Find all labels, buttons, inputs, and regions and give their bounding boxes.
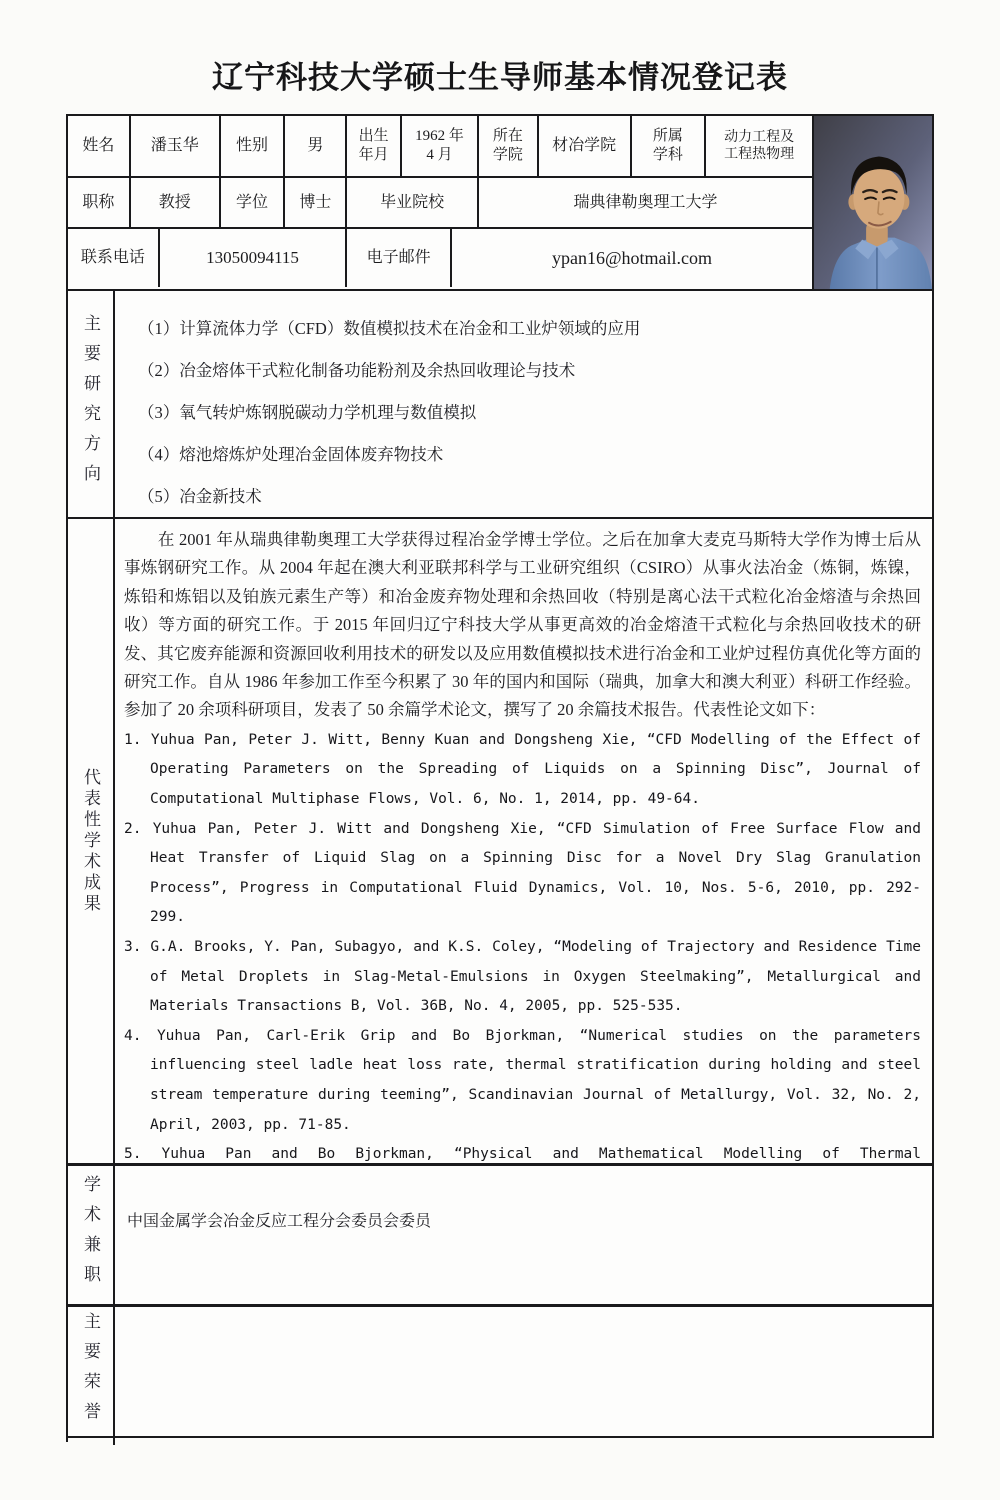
name-label: 姓名 xyxy=(68,116,131,176)
degree-value: 博士 xyxy=(285,178,347,227)
gender-label: 性别 xyxy=(221,116,286,176)
achievements-section-label: 代表性学术成果 xyxy=(68,519,115,1163)
portrait-photo-icon xyxy=(814,116,932,289)
portrait-photo xyxy=(814,116,932,289)
section-memberships: 学术兼职 中国金属学会冶金反应工程分会委员会委员 xyxy=(68,1166,932,1307)
research-item: （2）冶金熔体干式粒化制备功能粉剂及余热回收理论与技术 xyxy=(138,359,920,383)
section-research-directions: 主要研究方向 （1）计算流体力学（CFD）数值模拟技术在冶金和工业炉领域的应用 … xyxy=(68,291,932,519)
page-title: 辽宁科技大学硕士生导师基本情况登记表 xyxy=(66,0,934,97)
college-value: 材冶学院 xyxy=(539,116,632,176)
discipline-label: 所属 学科 xyxy=(632,116,707,176)
memberships-section-content: 中国金属学会冶金反应工程分会委员会委员 xyxy=(115,1166,932,1304)
memberships-section-label: 学术兼职 xyxy=(68,1166,115,1304)
alma-mater-value: 瑞典律勒奥理工大学 xyxy=(479,178,812,227)
research-item: （5）冶金新技术 xyxy=(138,485,920,509)
publication-list: 1. Yuhua Pan, Peter J. Witt, Benny Kuan … xyxy=(124,726,921,1163)
memberships-text: 中国金属学会冶金反应工程分会委员会委员 xyxy=(115,1166,932,1231)
publication-item: 3. G.A. Brooks, Y. Pan, Subagyo, and K.S… xyxy=(124,933,921,1022)
document-page: 辽宁科技大学硕士生导师基本情况登记表 姓名 潘玉华 性别 男 出生 年月 196… xyxy=(0,0,1000,1500)
email-label: 电子邮件 xyxy=(347,229,452,287)
prof-title-label: 职称 xyxy=(68,178,131,227)
table-row: 姓名 潘玉华 性别 男 出生 年月 1962 年 4 月 所在 学院 材冶学院 … xyxy=(68,116,812,178)
birth-label: 出生 年月 xyxy=(347,116,402,176)
email-value: ypan16@hotmail.com xyxy=(452,229,812,287)
degree-label: 学位 xyxy=(221,178,286,227)
section-achievements: 代表性学术成果 在 2001 年从瑞典律勒奥理工大学获得过程冶金学博士学位。之后… xyxy=(68,519,932,1166)
research-section-label: 主要研究方向 xyxy=(68,291,115,517)
cut-off-next-row xyxy=(66,1438,934,1448)
honors-section-content xyxy=(115,1307,932,1436)
publication-item: 4. Yuhua Pan, Carl-Erik Grip and Bo Bjor… xyxy=(124,1022,921,1140)
achievements-body: 在 2001 年从瑞典律勒奥理工大学获得过程冶金学博士学位。之后在加拿大麦克马斯… xyxy=(115,519,932,1163)
identity-fields: 姓名 潘玉华 性别 男 出生 年月 1962 年 4 月 所在 学院 材冶学院 … xyxy=(68,116,814,289)
research-item: （3）氧气转炉炼钢脱碳动力学机理与数值模拟 xyxy=(138,401,920,425)
divider xyxy=(66,1438,68,1442)
phone-value: 13050094115 xyxy=(160,229,348,287)
research-section-content: （1）计算流体力学（CFD）数值模拟技术在冶金和工业炉领域的应用 （2）冶金熔体… xyxy=(115,291,932,517)
prof-title-value: 教授 xyxy=(131,178,221,227)
name-value: 潘玉华 xyxy=(131,116,221,176)
publication-item: 2. Yuhua Pan, Peter J. Witt and Dongshen… xyxy=(124,815,921,933)
table-row: 职称 教授 学位 博士 毕业院校 瑞典律勒奥理工大学 xyxy=(68,178,812,229)
college-label: 所在 学院 xyxy=(479,116,539,176)
table-row: 联系电话 13050094115 电子邮件 ypan16@hotmail.com xyxy=(68,229,812,287)
research-item: （4）熔池熔炼炉处理冶金固体废弃物技术 xyxy=(138,443,920,467)
research-item: （1）计算流体力学（CFD）数值模拟技术在冶金和工业炉领域的应用 xyxy=(138,317,920,341)
identity-block: 姓名 潘玉华 性别 男 出生 年月 1962 年 4 月 所在 学院 材冶学院 … xyxy=(68,116,932,291)
honors-text xyxy=(115,1307,932,1327)
gender-value: 男 xyxy=(285,116,347,176)
publication-item: 5. Yuhua Pan and Bo Bjorkman, “Physical … xyxy=(124,1140,921,1163)
publication-item: 1. Yuhua Pan, Peter J. Witt, Benny Kuan … xyxy=(124,726,921,815)
registration-form-table: 姓名 潘玉华 性别 男 出生 年月 1962 年 4 月 所在 学院 材冶学院 … xyxy=(66,114,934,1438)
divider xyxy=(113,1438,115,1445)
biography-paragraph: 在 2001 年从瑞典律勒奥理工大学获得过程冶金学博士学位。之后在加拿大麦克马斯… xyxy=(124,526,921,725)
achievements-section-content: 在 2001 年从瑞典律勒奥理工大学获得过程冶金学博士学位。之后在加拿大麦克马斯… xyxy=(115,519,932,1163)
honors-section-label: 主要荣誉 xyxy=(68,1307,115,1436)
phone-label: 联系电话 xyxy=(68,229,160,287)
section-honors: 主要荣誉 xyxy=(68,1307,932,1436)
alma-mater-label: 毕业院校 xyxy=(347,178,479,227)
birth-value: 1962 年 4 月 xyxy=(402,116,479,176)
discipline-value: 动力工程及 工程热物理 xyxy=(706,116,812,176)
research-list: （1）计算流体力学（CFD）数值模拟技术在冶金和工业炉领域的应用 （2）冶金熔体… xyxy=(115,291,932,509)
